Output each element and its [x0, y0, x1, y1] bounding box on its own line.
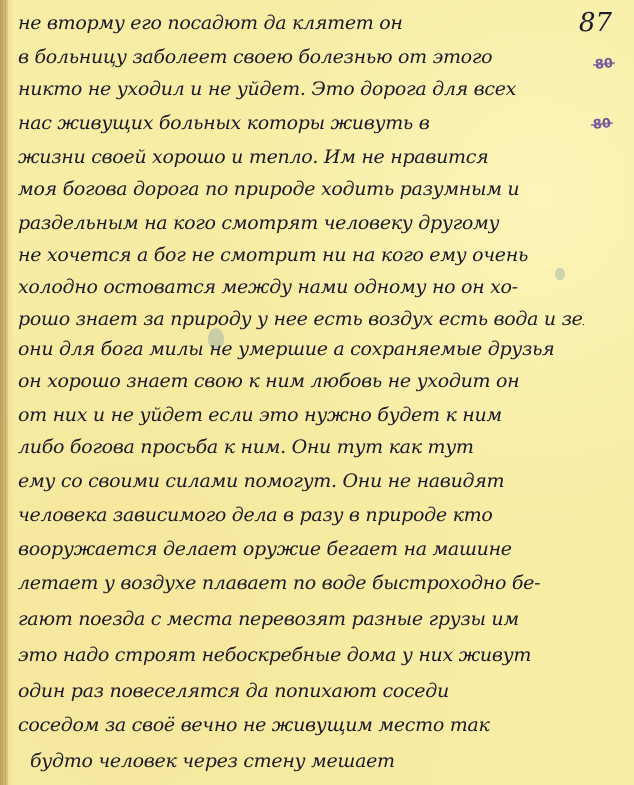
archive-stamp: 80 [594, 57, 613, 72]
handwritten-line: ему со своими силами помогут. Они не нав… [18, 466, 584, 496]
handwritten-line: не хочется а бог не смотрит ни на кого е… [18, 240, 584, 270]
handwritten-line: в больницу заболеет своею болезнью от эт… [18, 42, 584, 72]
handwritten-line: моя богова дорога по природе ходить разу… [18, 174, 584, 204]
handwritten-line: они для бога милы не умершие а сохраняем… [18, 334, 584, 364]
handwritten-line: это надо строят небоскребные дома у них … [18, 640, 584, 670]
handwritten-line: человека зависимого дела в разу в природ… [18, 500, 584, 530]
handwritten-line: либо богова просьба к ним. Они тут как т… [18, 432, 584, 462]
notebook-page: 87 80 80 не вторму его посадют да клятет… [0, 0, 634, 785]
handwritten-line: будто человек через стену мешает [30, 746, 584, 776]
handwritten-line: холодно остоватся между нами одному но о… [18, 272, 584, 302]
handwritten-line: соседом за своё вечно не живущим место т… [18, 710, 584, 740]
handwritten-line: вооружается делает оружие бегает на маши… [18, 534, 584, 564]
page-binding [0, 0, 8, 785]
handwritten-line: гают поезда с места перевозят разные гру… [18, 604, 584, 634]
handwritten-line: рошо знает за природу у нее есть воздух … [18, 304, 584, 334]
handwritten-line: один раз повеселятся да попихают соседи [18, 676, 584, 706]
handwritten-line: никто не уходил и не уйдет. Это дорога д… [18, 74, 584, 104]
handwritten-line: от них и не уйдет если это нужно будет к… [18, 400, 584, 430]
handwritten-line: жизни своей хорошо и тепло. Им не нравит… [18, 142, 584, 172]
handwritten-line: раздельным на кого смотрят человеку друг… [18, 208, 584, 238]
handwritten-line: нас живущих больных которы живуть в [18, 108, 584, 138]
archive-stamp: 80 [592, 117, 611, 132]
margin-rule [5, 0, 6, 785]
handwritten-line: он хорошо знает свою к ним любовь не ухо… [18, 366, 584, 396]
handwritten-line: летает у воздухе плавает по воде быстрох… [18, 568, 584, 598]
handwritten-line: не вторму его посадют да клятет он [18, 8, 584, 38]
